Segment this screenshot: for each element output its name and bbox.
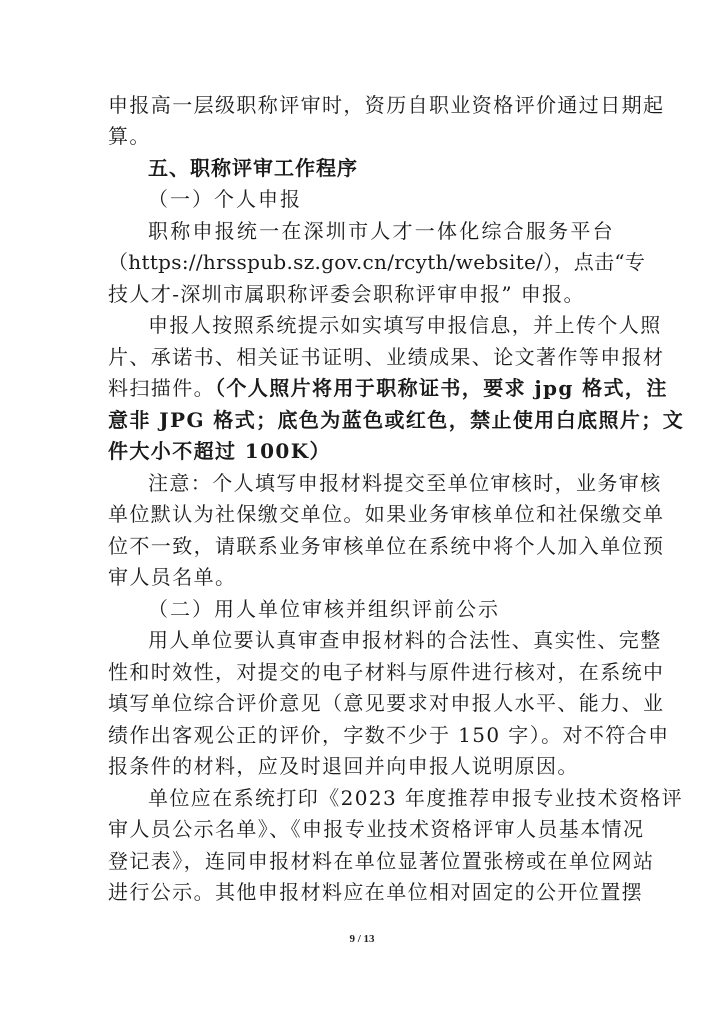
paragraph-line: 申报高一层级职称评审时，资历自职业资格评价通过日期起 <box>108 90 614 121</box>
paragraph-line: 性和时效性，对提交的电子材料与原件进行核对，在系统中 <box>108 657 614 688</box>
paragraph-line: 算。 <box>108 121 614 152</box>
paragraph-line: 申报人按照系统提示如实填写申报信息，并上传个人照 <box>148 310 614 341</box>
paragraph-line: 职称申报统一在深圳市人才一体化综合服务平台 <box>148 216 614 247</box>
section-heading: 五、职称评审工作程序 <box>148 153 654 184</box>
page-number: 9 / 13 <box>0 933 724 945</box>
bold-text: （个人照片将用于职称证书，要求 jpg 格式，注 <box>215 376 668 400</box>
paragraph-line: 绩作出客观公正的评价，字数不少于 150 字）。对不符合申 <box>108 720 614 751</box>
paragraph-line-bold: 意非 JPG 格式；底色为蓝色或红色，禁止使用白底照片；文 <box>108 405 614 436</box>
paragraph-line-url: （https://hrsspub.sz.gov.cn/rcyth/website… <box>108 247 614 278</box>
paragraph-line: 片、承诺书、相关证书证明、业绩成果、论文著作等申报材 <box>108 342 614 373</box>
subsection-heading: （一）个人申报 <box>148 184 654 215</box>
paragraph-line: 用人单位要认真审查申报材料的合法性、真实性、完整 <box>148 625 614 656</box>
paragraph-line: 技人才-深圳市属职称评委会职称评审申报” 申报。 <box>108 279 614 310</box>
paragraph-line-mixed: 料扫描件。（个人照片将用于职称证书，要求 jpg 格式，注 <box>108 373 614 404</box>
paragraph-line: 进行公示。其他申报材料应在单位相对固定的公开位置摆 <box>108 877 614 908</box>
document-page: 申报高一层级职称评审时，资历自职业资格评价通过日期起 算。 五、职称评审工作程序… <box>0 0 724 1024</box>
paragraph-line: 审人员公示名单》、《申报专业技术资格评审人员基本情况 <box>108 814 614 845</box>
paragraph-line: 登记表》，连同申报材料在单位显著位置张榜或在单位网站 <box>108 846 614 877</box>
paragraph-line: 注意：个人填写申报材料提交至单位审核时，业务审核 <box>148 468 614 499</box>
paragraph-line-bold: 件大小不超过 100K） <box>108 436 614 467</box>
paragraph-line: 位不一致，请联系业务审核单位在系统中将个人加入单位预 <box>108 531 614 562</box>
paragraph-line: 单位默认为社保缴交单位。如果业务审核单位和社保缴交单 <box>108 499 614 530</box>
plain-text: 料扫描件。 <box>108 376 215 400</box>
paragraph-line: 审人员名单。 <box>108 562 614 593</box>
subsection-heading: （二）用人单位审核并组织评前公示 <box>148 594 654 625</box>
paragraph-line: 单位应在系统打印《2023 年度推荐申报专业技术资格评 <box>148 783 614 814</box>
paragraph-line: 填写单位综合评价意见（意见要求对申报人水平、能力、业 <box>108 688 614 719</box>
paragraph-line: 报条件的材料，应及时退回并向申报人说明原因。 <box>108 751 614 782</box>
